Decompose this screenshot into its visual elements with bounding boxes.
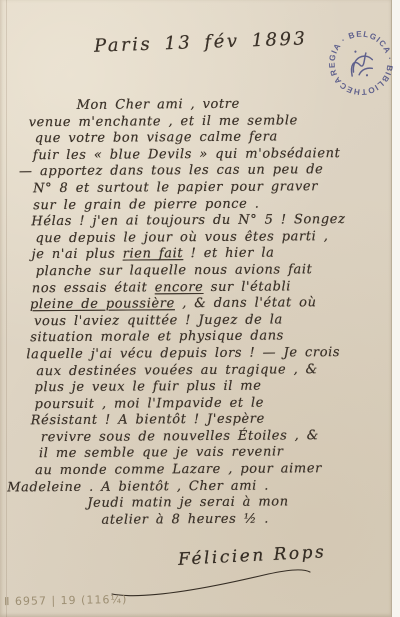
catalog-annotation: Ⅱ 6957 | 19 (116¼) [4,593,128,608]
stamp-monogram-icon [343,46,378,83]
letter-line: atelier à 8 heures ½ . [101,511,389,530]
scanned-letter-page: Paris 13 fév 1893 REGIA · BELGICA · BIBL… [0,0,400,617]
signature-flourish-icon [104,556,319,600]
letter-line: Jeudi matin je serai à mon [87,494,389,513]
letter-body: Mon Cher ami , votrevenue m'enchante , e… [18,96,389,530]
paper-crease [6,0,7,617]
